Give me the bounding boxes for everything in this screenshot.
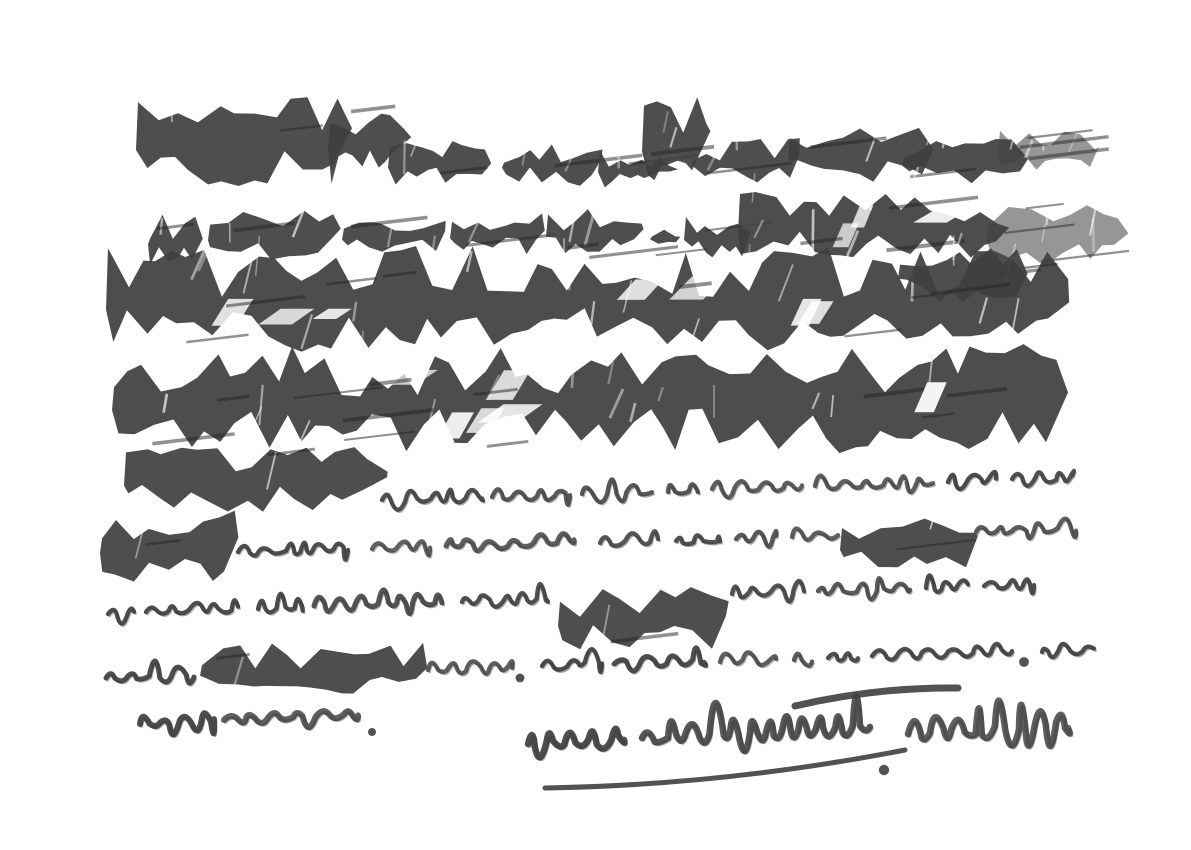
scribble-blob bbox=[124, 447, 388, 512]
scribble-blob bbox=[692, 138, 800, 182]
scribble-blob bbox=[502, 145, 603, 186]
closing-left-line bbox=[140, 711, 376, 736]
ink-dot bbox=[368, 728, 376, 736]
handwriting-stroke bbox=[430, 663, 515, 675]
scribble-blob bbox=[558, 587, 729, 649]
flourish-stroke bbox=[795, 688, 958, 706]
ink-dot bbox=[516, 674, 525, 683]
letter-page bbox=[0, 0, 1191, 850]
scribble-blob bbox=[136, 97, 352, 186]
scribble-blob bbox=[208, 211, 341, 260]
handwriting-stroke bbox=[542, 649, 602, 672]
scribble-blob bbox=[450, 213, 545, 254]
handwritten-letter-scan bbox=[0, 0, 1191, 850]
redacted-band-4 bbox=[112, 314, 1068, 453]
scribble-blob bbox=[100, 511, 238, 582]
flourish-stroke bbox=[545, 750, 905, 788]
paragraph-line-3 bbox=[108, 575, 1036, 649]
scribble-blob bbox=[986, 205, 1128, 266]
ink-dot bbox=[1019, 657, 1029, 667]
scribble-blob bbox=[650, 230, 680, 244]
signature-stroke bbox=[644, 698, 872, 753]
ink-dot bbox=[879, 765, 889, 775]
redacted-line-1 bbox=[136, 71, 1109, 187]
closing-signature bbox=[528, 688, 1071, 788]
paragraph-line-4 bbox=[106, 626, 1096, 694]
